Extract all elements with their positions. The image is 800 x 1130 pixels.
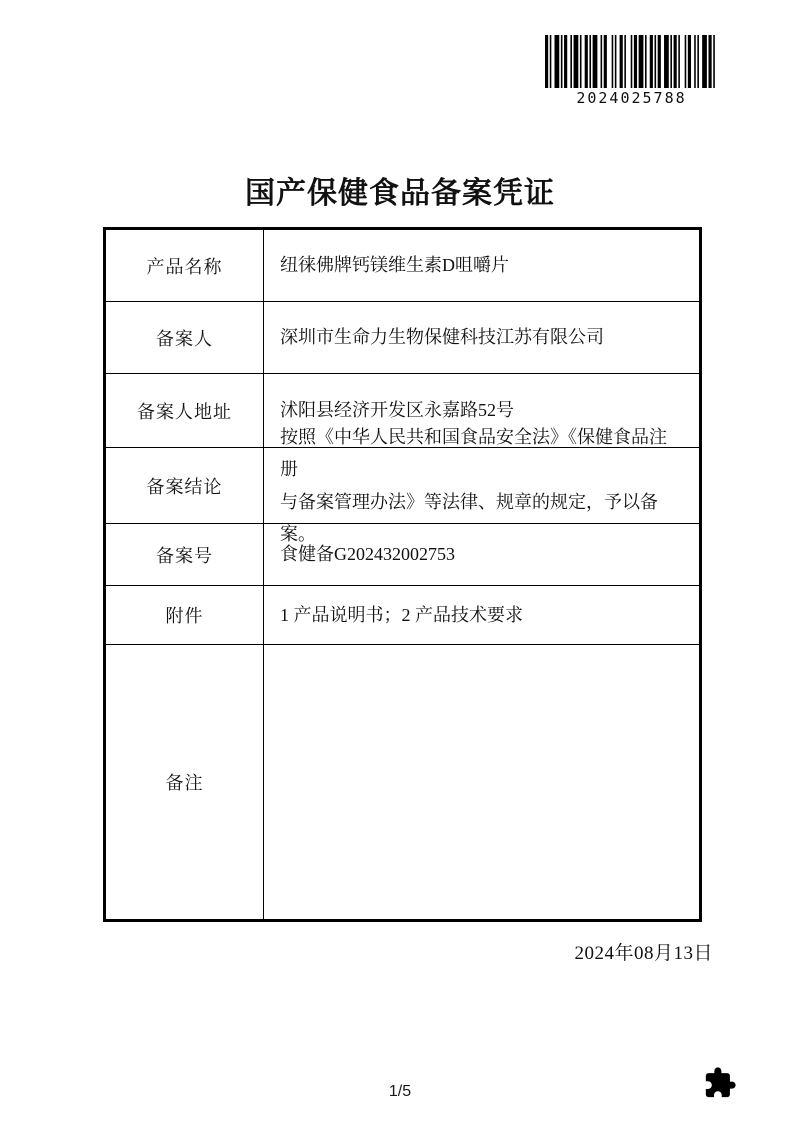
issue-date: 2024年08月13日 <box>574 938 713 965</box>
table-row-remarks: 备注 <box>106 645 699 919</box>
certificate-page: 2024025788 国产保健食品备案凭证 产品名称 纽徕佛牌钙镁维生素D咀嚼片… <box>0 0 800 1130</box>
table-row-attachments: 附件 1 产品说明书；2 产品技术要求 <box>106 586 699 645</box>
table-row-registrant: 备案人 深圳市生命力生物保健科技江苏有限公司 <box>106 302 699 374</box>
row-value-record-conclusion: 按照《中华人民共和国食品安全法》《保健食品注册 与备案管理办法》等法律、规章的规… <box>264 448 699 523</box>
certificate-table: 产品名称 纽徕佛牌钙镁维生素D咀嚼片 备案人 深圳市生命力生物保健科技江苏有限公… <box>103 227 702 922</box>
barcode-number: 2024025788 <box>545 89 718 107</box>
row-label-attachments: 附件 <box>106 586 264 644</box>
row-value-record-number: 食健备G202432002753 <box>264 524 699 585</box>
table-row-product-name: 产品名称 纽徕佛牌钙镁维生素D咀嚼片 <box>106 230 699 302</box>
table-row-record-conclusion: 备案结论 按照《中华人民共和国食品安全法》《保健食品注册 与备案管理办法》等法律… <box>106 448 699 524</box>
row-label-registrant: 备案人 <box>106 302 264 373</box>
row-value-remarks <box>264 645 699 919</box>
page-title: 国产保健食品备案凭证 <box>0 168 800 212</box>
barcode: 2024025788 <box>545 35 718 107</box>
row-value-attachments: 1 产品说明书；2 产品技术要求 <box>264 586 699 644</box>
row-label-remarks: 备注 <box>106 645 264 919</box>
barcode-icon <box>545 35 718 88</box>
row-value-product-name: 纽徕佛牌钙镁维生素D咀嚼片 <box>264 230 699 301</box>
table-row-record-number: 备案号 食健备G202432002753 <box>106 524 699 586</box>
row-label-record-number: 备案号 <box>106 524 264 585</box>
row-label-record-conclusion: 备案结论 <box>106 448 264 523</box>
row-label-registrant-address: 备案人地址 <box>106 374 264 447</box>
row-value-registrant: 深圳市生命力生物保健科技江苏有限公司 <box>264 302 699 373</box>
row-label-product-name: 产品名称 <box>106 230 264 301</box>
page-indicator: 1/5 <box>0 1083 800 1101</box>
puzzle-icon <box>703 1066 737 1100</box>
